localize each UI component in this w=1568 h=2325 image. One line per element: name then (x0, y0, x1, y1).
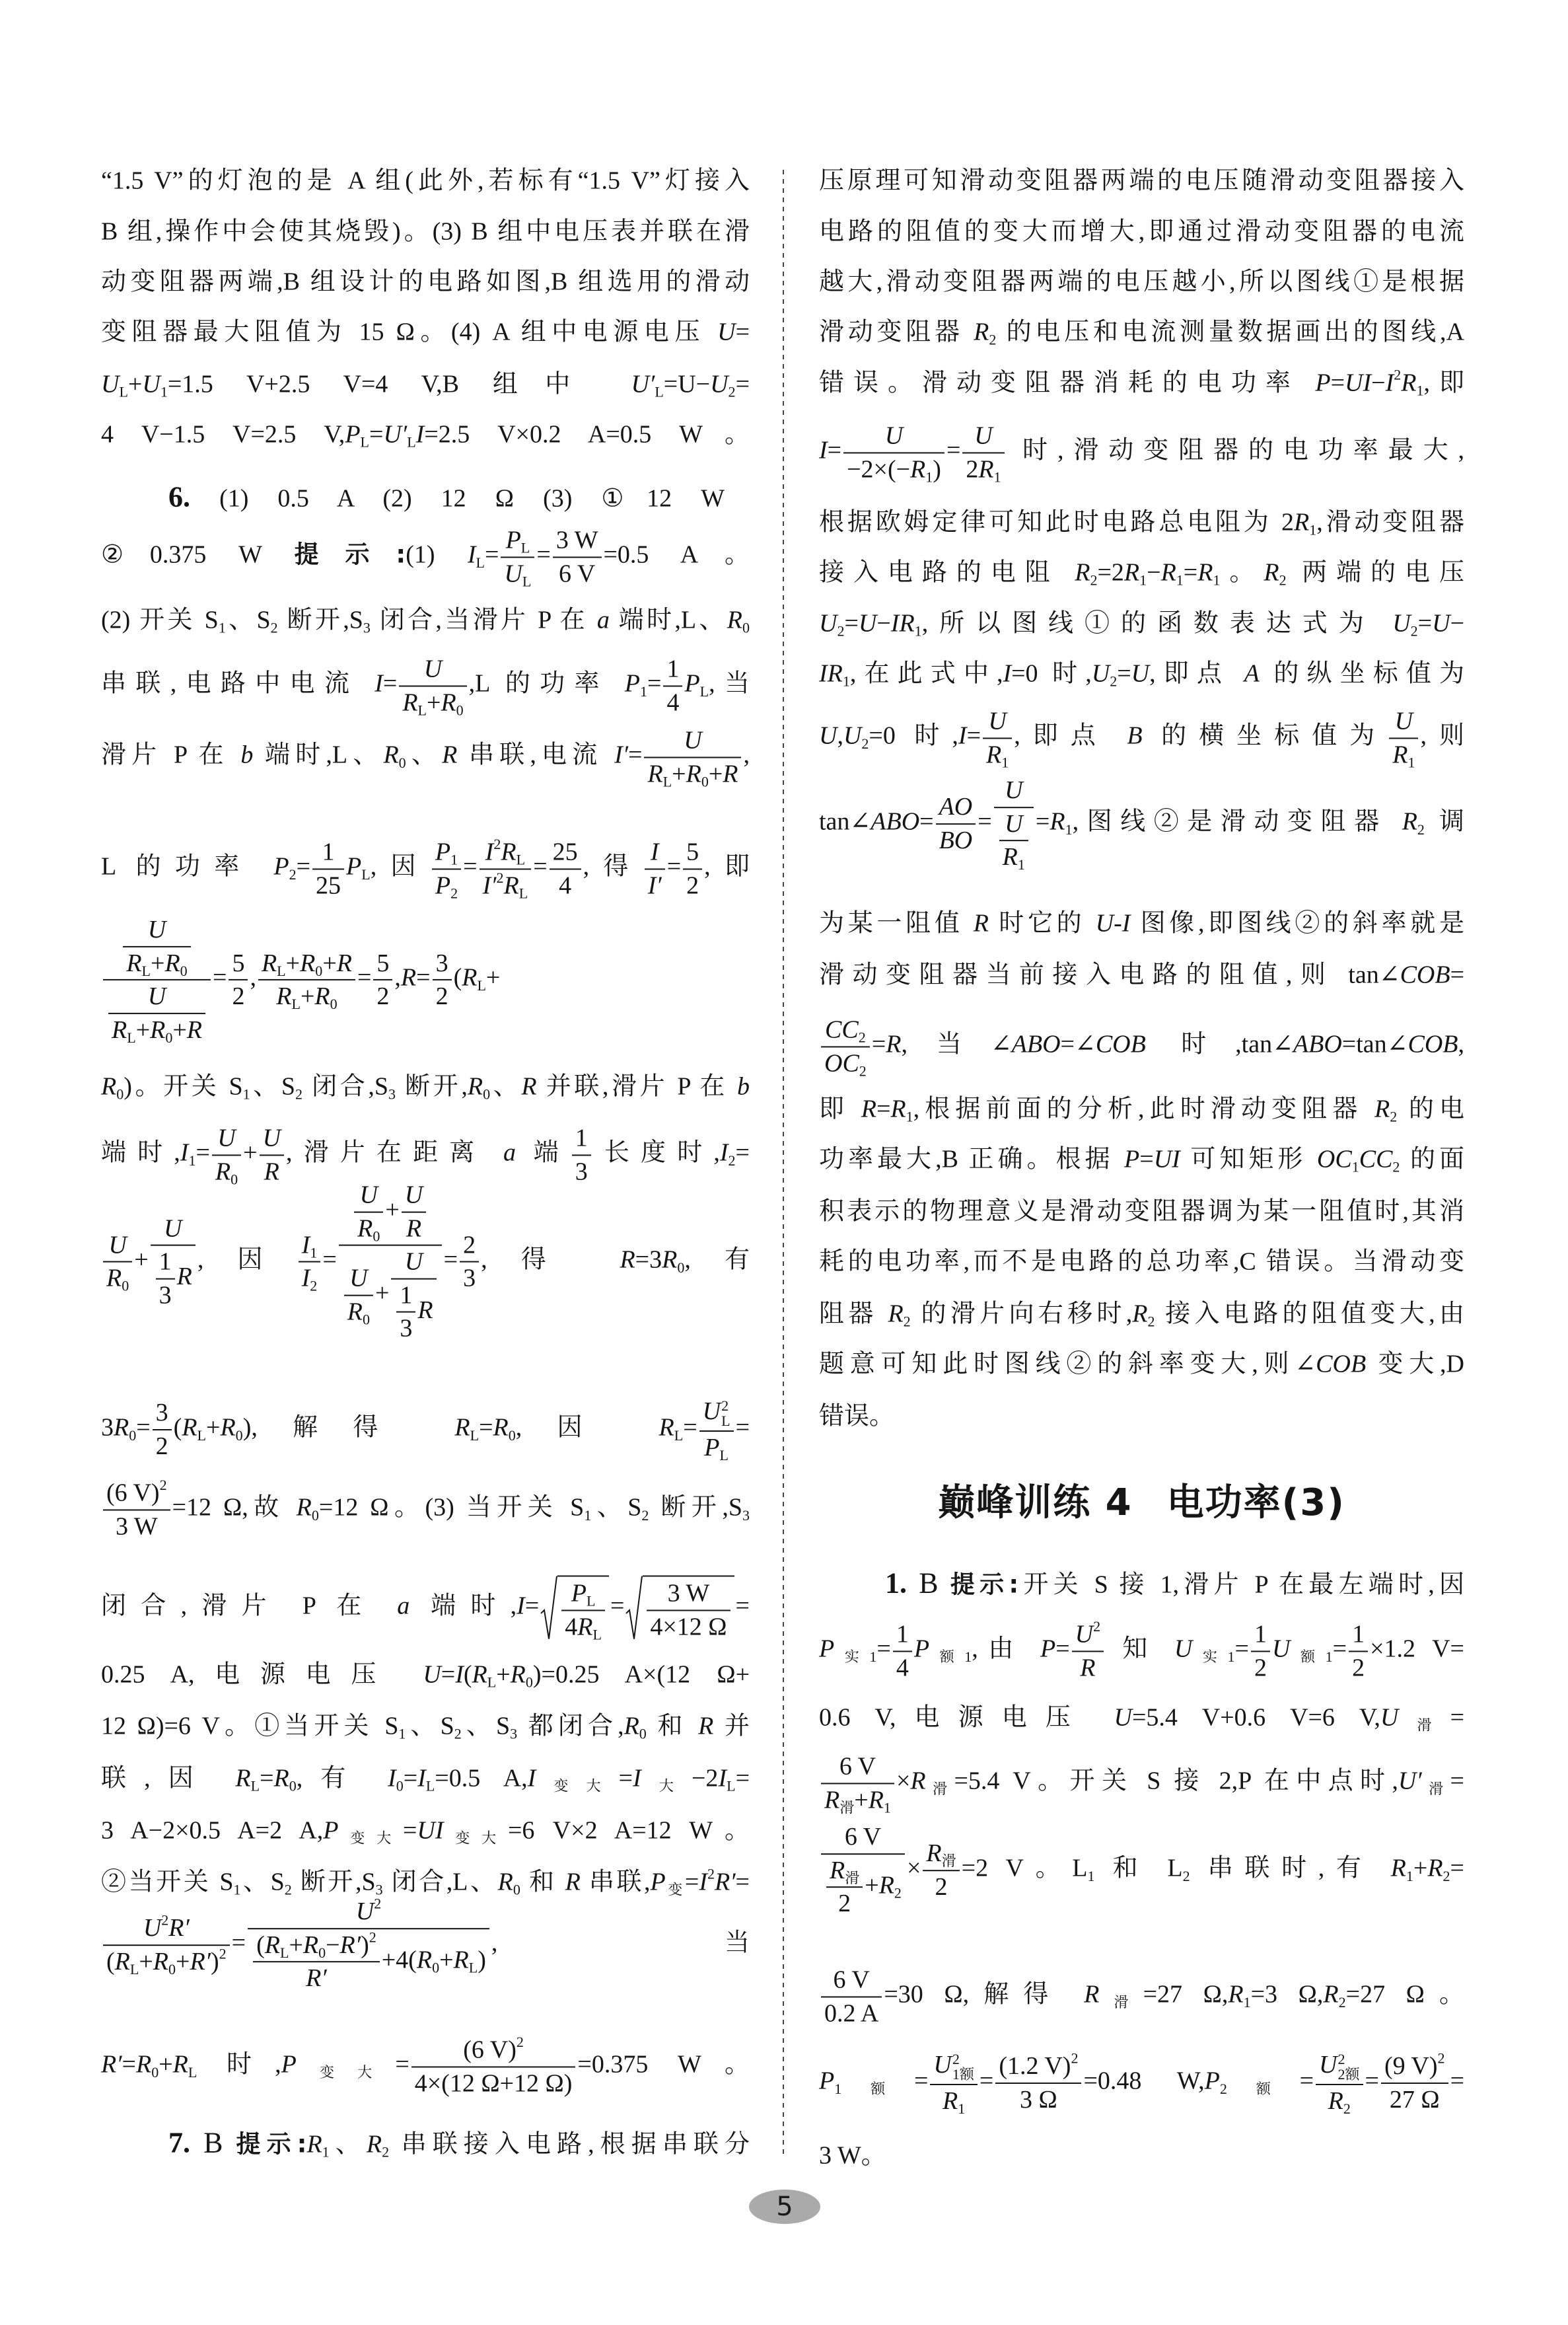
variable: R (314, 982, 330, 1010)
text: + (136, 1016, 150, 1044)
subscript: 1 (1416, 382, 1423, 398)
fraction: URL+R0+R (108, 982, 205, 1044)
text: + (301, 982, 314, 1010)
subscript: 2 (1279, 572, 1287, 588)
subscript: L (700, 683, 709, 700)
variable: R (297, 1494, 312, 1522)
text: 4 (565, 1613, 577, 1641)
subscript: 2 (1090, 572, 1097, 588)
text: 知 (1106, 1635, 1174, 1663)
variable: R (1084, 1981, 1099, 2009)
text: 为某一阻值 (819, 909, 974, 937)
answer-part-2: (2) 12 Ω (353, 485, 514, 513)
text-line: 变阻器最大阻值为 15 Ω。(4) A 组中电源电压 U= (101, 316, 750, 348)
text-line: 6 VR滑2+R2×R滑2=2 V。L1 和 L2 串联时,有 R1+R2= (819, 1823, 1464, 1918)
text: ,即点 (1014, 722, 1127, 750)
variable: U (356, 1898, 374, 1925)
variable: IR (891, 609, 915, 637)
variable: R (869, 1786, 884, 1814)
text-line: URL+R0URL+R0+R=52,RL+R0+RRL+R0=52,R=32(R… (101, 916, 750, 1044)
numerator: RL+R0+R (258, 949, 355, 980)
text: 闭合,L、 (383, 1868, 498, 1896)
variable: R (182, 1414, 197, 1442)
fraction: U−2×(−R1) (843, 422, 944, 483)
subscript: 0 (363, 1311, 370, 1328)
hint-label: 提示: (236, 2130, 307, 2159)
text: ,因 (371, 853, 430, 881)
text: = (683, 1414, 697, 1442)
variable: I (455, 1660, 464, 1688)
section-heading: 巅峰训练 4电功率(3) (819, 1473, 1464, 1526)
sup-sub-stack: 2L (721, 1398, 730, 1428)
subscript: 2 (859, 1029, 866, 1046)
fraction: 12 (1251, 1620, 1270, 1681)
text: + (134, 1246, 148, 1274)
variable: I (485, 838, 494, 866)
subscript: 1 (1139, 572, 1147, 588)
numerator: 25 (550, 838, 581, 869)
text: = (525, 1592, 539, 1620)
text: = (463, 853, 477, 881)
fraction: U2LPL (699, 1397, 734, 1462)
subscript: 1 (1352, 1158, 1359, 1175)
numerator: 5 (373, 949, 392, 980)
text: ,所以图线①的函数表达式为 (922, 609, 1393, 637)
text-line: 电路的阻值的变大而增大,即通过滑动变阻器的电流 (819, 216, 1464, 248)
superscript: 2 (517, 2034, 524, 2050)
variable: R (1328, 2087, 1343, 2115)
variable: U (988, 707, 1006, 735)
text-line: 0.25 A,电源电压 U=I(RL+R0)=0.25 A×(12 Ω+ (101, 1659, 750, 1691)
variable: R (417, 1946, 432, 1974)
text: 2 (376, 982, 389, 1010)
variable: R (112, 1016, 127, 1044)
text: =0.375 W。 (577, 2051, 750, 2079)
radical-sign-icon (625, 1575, 643, 1641)
text: 和 (647, 1712, 698, 1740)
subscript: 变大 (338, 1829, 402, 1846)
text-line: (6 V)23 W=12 Ω,故 R0=12 Ω。(3) 当开关 S1、S2 断… (101, 1479, 750, 1540)
text: ②0.375 W (101, 541, 295, 569)
fraction: R滑2 (826, 1857, 863, 1918)
denominator: 4RL (561, 1611, 605, 1641)
text: − (1147, 558, 1160, 586)
denominator: UR1 (994, 808, 1034, 871)
text: ( (464, 1660, 472, 1688)
text: + (865, 1871, 878, 1899)
text: = (297, 853, 310, 881)
subscript: 2 (271, 619, 278, 636)
text-line: 联,因 RL=R0,有 I0=IL=0.5 A,I变大=I大−2IL= (101, 1763, 750, 1794)
denominator: R0 (354, 1212, 383, 1243)
subscript: 额1 (929, 1648, 972, 1665)
numerator: P1 (432, 838, 461, 869)
text: −2 (692, 1764, 718, 1792)
text-line: 耗的电功率,而不是电路的总功率,C 错误。当滑动变 (819, 1246, 1464, 1278)
text: ,有 (684, 1246, 750, 1274)
subscript: 1 (906, 1108, 913, 1125)
variable: R (383, 741, 398, 769)
text: + (159, 2051, 172, 2079)
variable: P (323, 1816, 338, 1844)
text: = (1235, 1635, 1249, 1663)
variable: U′ (631, 370, 655, 398)
subscript: 2 (894, 1884, 902, 1901)
variable: R (686, 760, 701, 788)
denominator: 2 (153, 1430, 172, 1461)
fraction: UR0+URUR0+U13R (339, 1181, 442, 1343)
text: ,即 (704, 853, 750, 881)
subscript: L (470, 1427, 479, 1444)
text: = (736, 1414, 750, 1442)
text: ),解得 (243, 1414, 455, 1442)
variable: R (235, 1764, 250, 1792)
superscript: 2 (1093, 1618, 1100, 1635)
text: = (122, 2051, 136, 2079)
text: 串联, (581, 1868, 651, 1896)
variable: A (1244, 659, 1260, 687)
subscript: 滑 (942, 1853, 956, 1869)
denominator: PL (699, 1432, 734, 1462)
superscript: 2 (493, 836, 501, 852)
variable: U (859, 609, 876, 637)
text: = (1450, 1855, 1464, 1882)
text-line: I=U−2×(−R1)=U2R1 时,滑动变阻器的电功率最大, (819, 422, 1464, 483)
text-line: 动变阻器两端,B 组设计的电路如图,B 组选用的滑动 (101, 266, 750, 298)
subscript: 0 (432, 1959, 439, 1975)
subscript: 1 (310, 1244, 317, 1261)
numerator: I1 (299, 1231, 321, 1263)
text: + (427, 688, 441, 716)
text: 时,滑动变阻器的电功率最大, (1007, 437, 1464, 464)
subscript: L (361, 433, 369, 450)
fraction: U2R′(RL+R0+R′)2 (103, 1914, 230, 1975)
text-line: IR1,在此式中,I=0 时,U2=U,即点 A 的纵坐标值为 (819, 658, 1464, 690)
denominator: R (402, 1212, 426, 1243)
subscript: 0 (526, 1674, 533, 1690)
numerator: 3 (153, 1399, 172, 1430)
text: =U− (664, 370, 710, 398)
text-line: 闭合,滑片 P 在 a 端时,I=PL4RL=3 W4×12 Ω= (101, 1575, 750, 1641)
subscript: 1 (233, 1881, 240, 1898)
answer-line-q7: 7. B 提示:R1、R2 串联接入电路,根据串联分 (168, 2125, 750, 2161)
text: 即 (819, 1095, 861, 1123)
text: 的电 (1397, 1095, 1464, 1123)
variable: U (263, 1124, 281, 1152)
variable: U (1005, 776, 1022, 804)
variable: IR (819, 659, 843, 687)
text: 阻器 (819, 1300, 888, 1327)
text: = (1300, 2067, 1314, 2095)
variable: R (462, 964, 477, 992)
subscript: 0 (513, 1881, 520, 1898)
text: ,L 的功率 (469, 670, 625, 698)
numerator: PL (561, 1579, 605, 1611)
text: =tan∠ (1342, 1031, 1408, 1058)
variable: R (126, 949, 141, 977)
fraction: PLUL (501, 526, 534, 587)
variable: U (1075, 1620, 1093, 1648)
denominator: R滑+R1 (821, 1784, 894, 1814)
variable: R (824, 1786, 839, 1814)
text: 4 (559, 871, 571, 899)
text: = (980, 2067, 993, 2095)
text: 5 (376, 949, 389, 977)
text: ) (361, 1931, 369, 1959)
variable: R (303, 1931, 318, 1959)
subscript: 1 (1176, 572, 1184, 588)
variable: I (302, 1231, 310, 1259)
text: +4( (382, 1946, 417, 1974)
variable: R′ (190, 1948, 211, 1975)
subscript: 0 (116, 1086, 124, 1102)
variable: COB (1096, 1031, 1146, 1058)
variable: R (974, 909, 989, 937)
variable: I (1122, 909, 1131, 937)
subscript: 0 (509, 1427, 516, 1444)
subscript: 滑 (926, 1781, 954, 1797)
variable: ABO (871, 808, 919, 836)
variable: U (405, 1181, 423, 1209)
subscript: 0 (456, 702, 464, 718)
text: 0.6 V,电源电压 (819, 1703, 1114, 1731)
numerator: U (354, 1181, 383, 1213)
text: = (441, 1660, 455, 1688)
subscript: 0 (122, 1278, 129, 1294)
text-line: 6 VR滑+R1×R滑=5.4 V。开关 S 接 2,P 在中点时,U′滑= (819, 1752, 1464, 1814)
denominator: R0 (344, 1296, 373, 1327)
subscript: L (522, 573, 531, 589)
text-line: U2=U−IR1,所以图线①的函数表达式为 U2=U− (819, 608, 1464, 640)
text: 2 (966, 455, 978, 483)
superscript: 2 (952, 2051, 974, 2067)
subscript: 变大 (536, 1777, 618, 1794)
text: =12 Ω。(3) 当开关 S (319, 1494, 584, 1522)
variable: R (974, 318, 989, 346)
denominator: I2 (299, 1263, 321, 1293)
numerator: U (391, 1248, 436, 1280)
fraction: U2R (1072, 1620, 1104, 1681)
numerator: U (983, 707, 1012, 739)
subscript: L (517, 852, 525, 868)
subscript: 2 (641, 1507, 649, 1524)
variable: I (528, 1764, 536, 1792)
subscript: 2 (1411, 622, 1418, 639)
denominator: UL (501, 558, 534, 588)
variable: R (367, 2131, 382, 2159)
numerator: U (151, 1214, 196, 1246)
text: = (1450, 2067, 1464, 2095)
variable: U (819, 609, 837, 637)
radicand: PL4RL (557, 1575, 609, 1641)
text-line: 12 Ω)=6 V。①当开关 S1、S2、S3 都闭合,R0 和 R 并 (101, 1711, 750, 1742)
text: 都闭合, (517, 1712, 624, 1740)
fraction: 14 (893, 1620, 912, 1681)
text: 滑动变阻器 (819, 318, 974, 346)
text: = (1055, 1635, 1069, 1663)
text: = (736, 1868, 750, 1896)
text-line: P实1=14P额1,由 P=U2R 知 U实1=12U额1=12×1.2 V= (819, 1620, 1464, 1681)
variable: R (647, 760, 662, 788)
text: = (876, 1095, 890, 1123)
text: =0.5 A, (435, 1764, 527, 1792)
fraction: 6 VR滑2+R2 (821, 1823, 905, 1918)
text: 2 (156, 1432, 168, 1460)
variable: OC (824, 1049, 859, 1077)
variable: U (974, 422, 992, 449)
variable: U (1174, 1635, 1192, 1663)
text: ,当∠ (901, 1031, 1011, 1058)
variable: R (511, 1660, 526, 1688)
variable: R (1392, 741, 1408, 768)
numerator: PL (501, 526, 534, 558)
text-line: 压原理可知滑动变阻器两端的电压随滑动变阻器接入 (819, 165, 1464, 197)
denominator: 0.2 A (821, 1997, 882, 2028)
variable: R (1427, 1855, 1443, 1882)
variable: COB (1408, 1031, 1458, 1058)
text: 并 (713, 1712, 750, 1740)
variable: R (577, 1613, 592, 1641)
text: =0 时, (869, 722, 958, 750)
denominator: 2 (683, 869, 702, 900)
text-line: R′=R0+RL 时,P变大=(6 V)24×(12 Ω+12 Ω)=0.375… (101, 2036, 750, 2097)
denominator: 2 (1251, 1652, 1270, 1682)
subscript: 1 (1408, 754, 1415, 770)
variable: R (406, 1214, 421, 1242)
fraction: 13 (572, 1124, 591, 1185)
heading-title: 巅峰训练 4 (938, 1481, 1132, 1524)
denominator: 4 (893, 1652, 912, 1682)
fraction: P1P2 (432, 838, 461, 899)
variable: U (1395, 707, 1413, 735)
text: =3 (635, 1246, 662, 1274)
subscript: L (469, 1959, 478, 1975)
denominator: 3 (396, 1313, 415, 1343)
text: =27 Ω。 (1346, 1981, 1464, 2009)
variable: P (625, 670, 640, 698)
denominator: 2 (229, 980, 248, 1011)
variable: U (1319, 2051, 1337, 2079)
subscript: L (280, 1944, 289, 1961)
denominator: 4 (550, 869, 581, 900)
numerator: U (103, 1231, 132, 1263)
subscript: 2 (989, 331, 996, 348)
text: 联,因 (101, 1764, 235, 1792)
subscript: 2 (729, 1152, 736, 1169)
variable: R (472, 1660, 487, 1688)
variable: R (337, 949, 352, 977)
variable: R (468, 1072, 483, 1100)
text: + (172, 1016, 186, 1044)
text: + (1413, 1855, 1427, 1882)
subscript: L (655, 383, 663, 400)
variable: U (1272, 1635, 1290, 1663)
variable: I (417, 1764, 426, 1792)
fraction: U13R (151, 1214, 196, 1310)
text: (6 V) (463, 2036, 517, 2063)
variable: R (442, 741, 457, 769)
variable: U (843, 722, 861, 750)
text: 1 (159, 1248, 172, 1276)
numerator: (RL+R0−R′)2 (253, 1931, 380, 1963)
text-line: R0)。开关 S1、S2 闭合,S3 断开,R0、R 并联,滑片 P 在 b (101, 1071, 750, 1103)
text: 2 (232, 982, 244, 1010)
variable: COB (1316, 1350, 1366, 1378)
numerator: 1 (396, 1281, 415, 1313)
fraction: 52 (683, 838, 702, 899)
variable: R (417, 1296, 433, 1324)
fraction: U13R (391, 1248, 436, 1343)
variable: R (501, 838, 516, 866)
text: 12 Ω)=6 V。①当开关 S (101, 1712, 398, 1740)
subscript: 2 (1417, 821, 1425, 838)
text: + (151, 949, 164, 977)
text: 6 V (845, 1823, 881, 1851)
text: = (213, 964, 227, 992)
text: ,滑动变阻器 (1316, 508, 1464, 536)
text: = (872, 1031, 886, 1058)
text: ,图线②是滑动变阻器 (1073, 808, 1402, 836)
subscript: 2 (1390, 1108, 1397, 1125)
variable: U (933, 2051, 951, 2079)
text-line: 6 V0.2 A=30 Ω,解得 R滑=27 Ω,R1=3 Ω,R2=27 Ω。 (819, 1966, 1464, 2027)
text: 2 (686, 871, 699, 899)
text: 3 (101, 1414, 114, 1442)
text: = (416, 964, 430, 992)
variable: U (424, 655, 442, 683)
text: ,因 (197, 1246, 297, 1274)
text: 3 Ω (1020, 2086, 1057, 2114)
text: tan∠ (819, 808, 871, 836)
numerator: U (402, 1181, 426, 1213)
subscript: 1 (1244, 1994, 1251, 2011)
variable: I (416, 420, 425, 448)
text-line: 串联,电路中电流 I=URL+R0,L 的功率 P1=14PL,当 (101, 655, 750, 716)
text-line: 滑片 P 在 b 端时,L、R0、R 串联,电流 I′=URL+R0+R, (101, 726, 750, 788)
text: =30 Ω,解得 (884, 1981, 1084, 2009)
text: ,即点 (1149, 659, 1244, 687)
text: ( (454, 964, 462, 992)
variable: R (101, 1072, 116, 1100)
denominator: 27 Ω (1381, 2084, 1448, 2114)
text: 0.25 A,电源电压 (101, 1660, 423, 1688)
text: , (837, 722, 843, 750)
text: 长度时, (593, 1139, 720, 1167)
variable: R (1132, 1300, 1147, 1327)
variable: I (517, 1592, 525, 1620)
fraction: U22额R2 (1316, 2051, 1363, 2116)
denominator: BO (936, 825, 976, 855)
variable: R (1323, 1981, 1338, 2009)
subscript: 2 (729, 383, 736, 400)
text: = (1365, 2067, 1379, 2095)
variable: P (281, 2051, 297, 2079)
text: = (479, 1414, 493, 1442)
text: + (672, 760, 686, 788)
text: 两端的电压 (1287, 558, 1464, 586)
variable: R (498, 1868, 513, 1896)
variable: U (1392, 609, 1410, 637)
variable: U (423, 1660, 441, 1688)
subscript: 1 (1087, 1868, 1094, 1884)
text: = (322, 1246, 336, 1274)
variable: R (1080, 1654, 1095, 1681)
variable: UI (1154, 1145, 1180, 1173)
variable: U (164, 1214, 182, 1242)
text-line: “1.5 V”的灯泡的是 A 组(此外,若标有“1.5 V”灯接入 (101, 165, 750, 197)
subscript: 1 (1309, 521, 1316, 538)
denominator: 2 (1349, 1652, 1368, 1682)
